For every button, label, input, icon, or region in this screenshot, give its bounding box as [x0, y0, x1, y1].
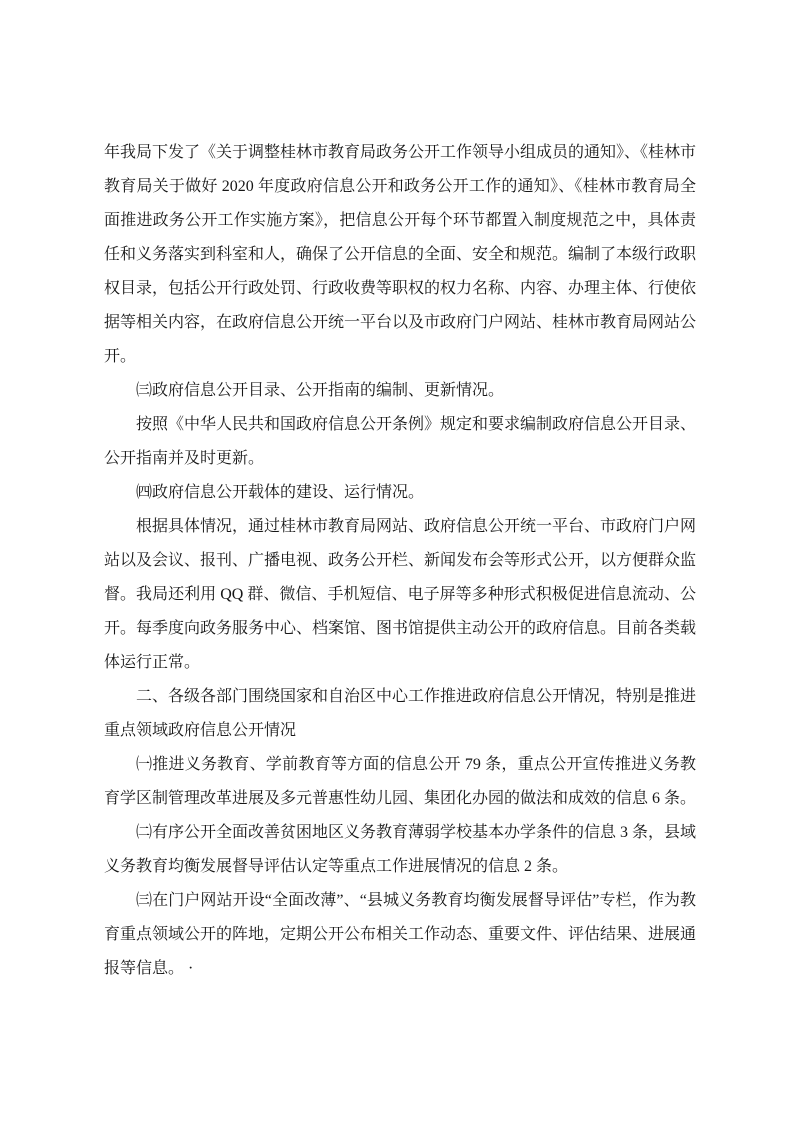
document-page: 年我局下发了《关于调整桂林市教育局政务公开工作领导小组成员的通知》、《桂林市教育…: [0, 0, 800, 1131]
paragraph-point-two: ㈡有序公开全面改善贫困地区义务教育薄弱学校基本办学条件的信息 3 条，县域义务教…: [104, 816, 696, 884]
paragraph-item-three-body: 按照《中华人民共和国政府信息公开条例》规定和要求编制政府信息公开目录、公开指南并…: [104, 408, 696, 476]
paragraph-section-two-heading: 二、各级各部门围绕国家和自治区中心工作推进政府信息公开情况，特别是推进重点领域政…: [104, 680, 696, 748]
paragraph-point-three: ㈢在门户网站开设“全面改薄”、“县城义务教育均衡发展督导评估”专栏，作为教育重点…: [104, 884, 696, 986]
paragraph-item-four-heading: ㈣政府信息公开载体的建设、运行情况。: [104, 476, 696, 510]
paragraph-item-three-heading: ㈢政府信息公开目录、公开指南的编制、更新情况。: [104, 374, 696, 408]
paragraph-body-continuation: 年我局下发了《关于调整桂林市教育局政务公开工作领导小组成员的通知》、《桂林市教育…: [104, 136, 696, 374]
paragraph-item-four-body: 根据具体情况，通过桂林市教育局网站、政府信息公开统一平台、市政府门户网站以及会议…: [104, 510, 696, 680]
paragraph-point-one: ㈠推进义务教育、学前教育等方面的信息公开 79 条，重点公开宣传推进义务教育学区…: [104, 748, 696, 816]
